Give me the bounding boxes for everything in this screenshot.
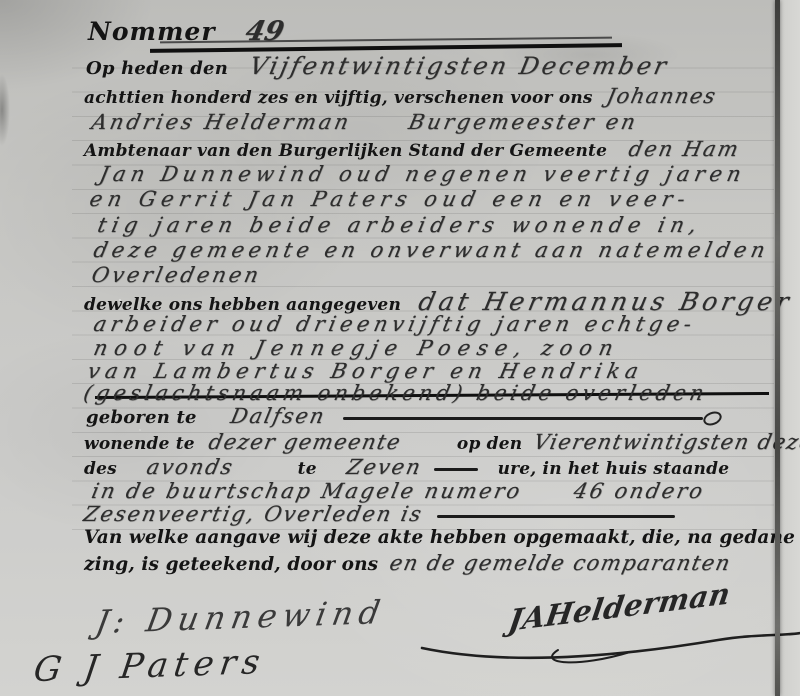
printed-text: des: [84, 459, 117, 479]
document-line: van Lambertus Borger en Hendrika: [88, 359, 643, 383]
document-line: Van welke aangave wij deze akte hebben o…: [84, 527, 800, 548]
document-line: en Gerrit Jan Paters oud een en veer-: [90, 187, 690, 211]
printed-text: op den: [457, 434, 522, 454]
handwritten-text: Overledenen: [89, 263, 263, 287]
page-edge-strip: [780, 0, 800, 696]
handwritten-text: (geslachtsnaam onbekend) beide overleden: [81, 381, 710, 405]
printed-text: ure, in het huis staande: [498, 459, 730, 479]
handwritten-text: Vierentwintigsten dezer: [532, 430, 800, 454]
document-line: (geslachtsnaam onbekend) beide overleden: [84, 381, 707, 405]
ink-dash: [434, 468, 478, 471]
printed-text: Ambtenaar van den Burgerlijken Stand der…: [84, 141, 607, 161]
document-line: noot van Jennegje Poese, zoon: [94, 336, 620, 360]
printed-text: Op heden den: [86, 58, 228, 79]
handwritten-text: Burgemeester en: [407, 110, 641, 134]
document-line: Op heden denVijfentwintigsten December: [86, 52, 669, 80]
document-line: zing, is geteekend, door onsen de gemeld…: [84, 551, 731, 575]
document-line: Jan Dunnewind oud negenen veertig jaren: [100, 162, 746, 186]
printed-text: te: [298, 459, 317, 479]
printed-text: zing, is geteekend, door ons: [84, 554, 378, 575]
document-line: in de buurtschap Magele numero46 ondero: [92, 479, 705, 503]
handwritten-text: van Lambertus Borger en Hendrika: [85, 359, 645, 383]
handwritten-text: Zeven: [344, 455, 424, 479]
handwritten-text: 49: [242, 16, 286, 47]
signature-paters: G J Paters: [31, 642, 268, 690]
handwritten-text: en Gerrit Jan Paters oud een en veer-: [87, 187, 692, 211]
document-line: achttien honderd zes en vijftig, versche…: [84, 84, 716, 108]
printed-text: Nommer: [88, 17, 216, 46]
document-line: tig jaren beide arbeiders wonende in,: [98, 213, 702, 237]
handwritten-text: deze gemeente en onverwant aan natemelde…: [91, 238, 771, 262]
printed-text: wonende te: [84, 434, 195, 454]
handwritten-text: tig jaren beide arbeiders wonende in,: [95, 213, 704, 237]
document-line: Nommer49: [88, 16, 283, 47]
handwritten-text: en de gemelde comparanten: [388, 551, 734, 575]
handwritten-text: Zesenveertig, Overleden is: [81, 502, 425, 526]
printed-text: geboren te: [86, 407, 197, 428]
ink-dash: [437, 515, 675, 518]
signature-flourish: [418, 612, 800, 668]
handwritten-text: den Ham: [627, 137, 743, 161]
ink-dash: [343, 417, 703, 420]
handwritten-text: Johannes: [604, 84, 718, 108]
handwritten-text: noot van Jennegje Poese, zoon: [91, 336, 622, 360]
handwritten-text: avonds: [144, 455, 236, 479]
scanned-document-page: Nommer49Op heden denVijfentwintigsten De…: [0, 0, 800, 696]
handwritten-text: in de buurtschap Magele numero: [89, 479, 524, 503]
handwritten-text: dezer gemeente: [206, 430, 403, 454]
signature-dunnewind: J: Dunnewind: [93, 593, 389, 641]
document-line: Andries HeldermanBurgemeester en: [92, 110, 638, 134]
handwritten-text: 46 ondero: [571, 479, 707, 503]
printed-text: achttien honderd zes en vijftig, versche…: [84, 88, 593, 108]
handwritten-text: Jan Dunnewind oud negenen veertig jaren: [97, 162, 748, 186]
ink-flourish: [702, 409, 724, 428]
handwritten-text: arbeider oud drieenvijftig jaren echtge-: [91, 312, 698, 336]
document-line: arbeider oud drieenvijftig jaren echtge-: [94, 312, 696, 336]
document-line: desavondsteZevenure, in het huis staande: [84, 455, 729, 479]
document-line: deze gemeente en onverwant aan natemelde…: [94, 238, 769, 262]
document-line: geboren teDalfsen: [86, 404, 722, 428]
handwritten-text: Dalfsen: [228, 404, 328, 428]
handwritten-text: Andries Helderman: [89, 110, 353, 134]
document-line: Overledenen: [92, 263, 261, 287]
page-fold-line: [775, 0, 780, 696]
document-line: Ambtenaar van den Burgerlijken Stand der…: [84, 137, 740, 161]
document-line: wonende tedezer gemeenteop denVierentwin…: [84, 430, 800, 454]
document-line: Zesenveertig, Overleden is: [84, 502, 675, 526]
printed-text: Van welke aangave wij deze akte hebben o…: [84, 527, 800, 548]
handwritten-text: Vijfentwintigsten December: [247, 52, 672, 80]
